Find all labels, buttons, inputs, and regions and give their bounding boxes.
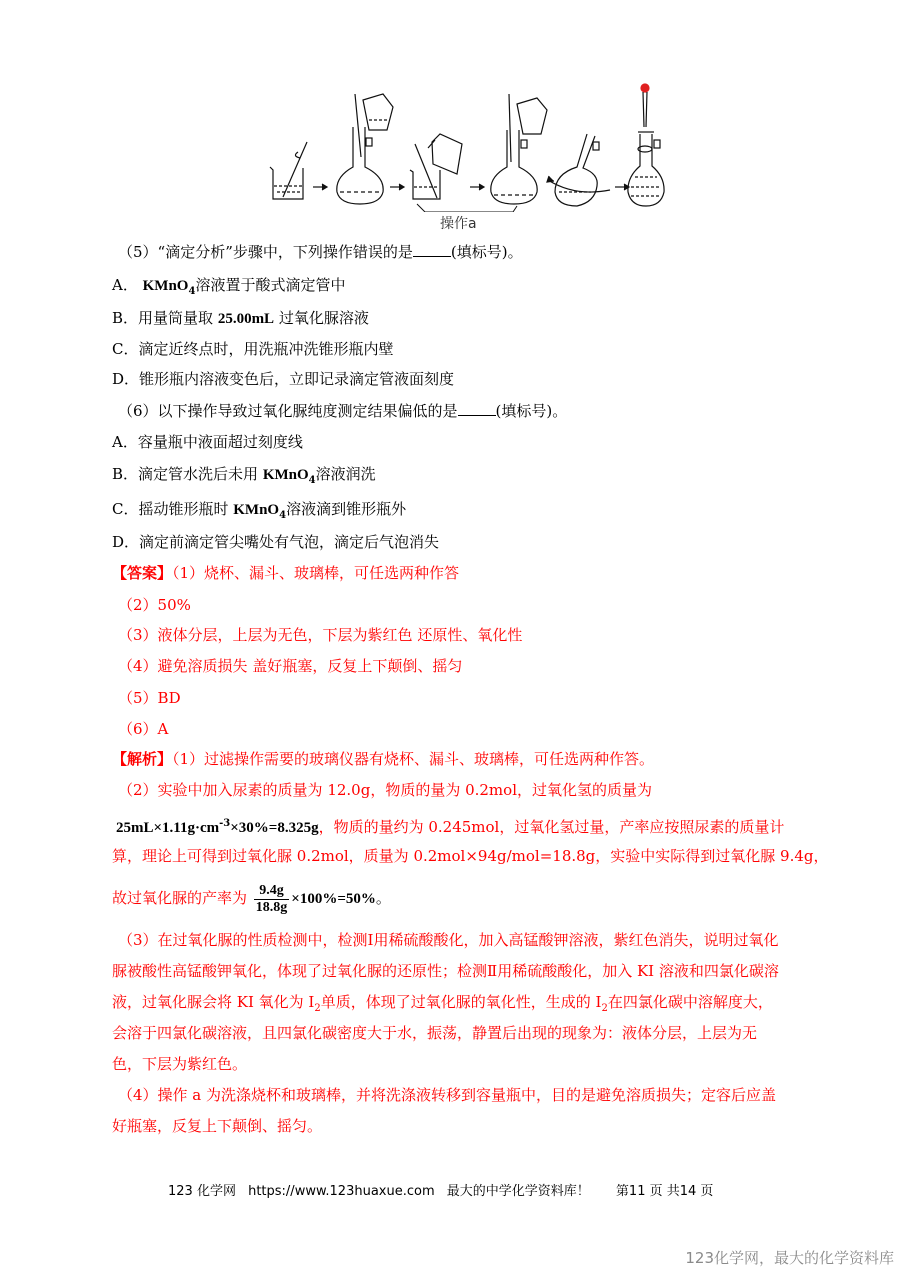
answer-line-6: （6）A: [118, 719, 168, 739]
q6-stem: （6）以下操作导致过氧化脲纯度测定结果偏低的是(填标号)。: [118, 401, 567, 421]
q6-option-a: A．容量瓶中液面超过刻度线: [112, 432, 303, 452]
analysis-heading: 【解析】: [112, 750, 172, 768]
answer-line-3: （3）液体分层，上层为无色，下层为紫红色 还原性、氧化性: [118, 625, 522, 645]
volumetric-flask-icon: [628, 132, 664, 206]
shaking-flask-icon: [547, 134, 610, 206]
footer-url[interactable]: https://www.123huaxue.com: [248, 1184, 435, 1199]
watermark: 123化学网，最大的化学资料库: [685, 1247, 894, 1268]
analysis-p2-line-2: 25mL×1.11g·cm-3×30%=8.325g，物质的量约为 0.245m…: [116, 814, 784, 838]
analysis-p2-line-4: 故过氧化脲的产率为 9.4g18.8g×100%=50%。: [112, 880, 391, 917]
analysis-p3-line-3: 液，过氧化脲会将 KI 氧化为 I2单质，体现了过氧化脲的氧化性，生成的 I2在…: [112, 992, 773, 1019]
fraction: 9.4g18.8g: [254, 883, 290, 916]
analysis-p3-line-5: 色，下层为紫红色。: [112, 1054, 247, 1074]
answer-blank: [413, 242, 451, 257]
footer-site: 123 化学网: [168, 1184, 236, 1199]
volumetric-flask-icon: [337, 94, 393, 204]
analysis-p4-line-2: 好瓶塞，反复上下颠倒、摇匀。: [112, 1116, 322, 1136]
dropper-icon: [641, 84, 649, 127]
figure-label: 操作a: [440, 213, 477, 233]
page-footer: 123 化学网 https://www.123huaxue.com 最大的中学化…: [168, 1180, 721, 1199]
volumetric-flask-icon: [491, 94, 547, 204]
analysis-p3-line-1: （3）在过氧化脲的性质检测中，检测Ⅰ用稀硫酸酸化，加入高锰酸钾溶液，紫红色消失，…: [118, 930, 778, 950]
q5-option-b: B．用量筒量取 25.00mL 过氧化脲溶液: [112, 308, 369, 329]
procedure-diagram: [265, 82, 677, 212]
page-number: 第11 页 共14 页: [616, 1184, 713, 1199]
q5-option-c: C．滴定近终点时，用洗瓶冲洗锥形瓶内壁: [112, 339, 394, 359]
analysis-p2-line-1: （2）实验中加入尿素的质量为 12.0g，物质的量为 0.2mol，过氧化氢的质…: [118, 780, 652, 800]
formula: 25mL×1.11g·cm: [116, 820, 219, 836]
q5-option-a: A． KMnO4溶液置于酸式滴定管中: [112, 275, 345, 302]
answer-line-2: （2）50%: [118, 595, 191, 615]
q6-option-b: B．滴定管水洗后未用 KMnO4溶液润洗: [112, 464, 376, 491]
q5-stem: （5）“滴定分析”步骤中，下列操作错误的是(填标号)。: [118, 242, 523, 262]
q5-option-d: D．锥形瓶内溶液变色后，立即记录滴定管液面刻度: [112, 369, 454, 389]
answer-heading: 【答案】: [112, 564, 172, 582]
analysis-p3-line-2: 脲被酸性高锰酸钾氧化，体现了过氧化脲的还原性；检测Ⅱ用稀硫酸酸化，加入 KI 溶…: [112, 961, 779, 981]
beaker-icon: [270, 142, 307, 199]
answer-line-5: （5）BD: [118, 688, 181, 708]
analysis-line-1: 【解析】（1）过滤操作需要的玻璃仪器有烧杯、漏斗、玻璃棒，可任选两种作答。: [112, 749, 654, 769]
footer-slogan: 最大的中学化学资料库！: [447, 1184, 590, 1199]
analysis-p4-line-1: （4）操作 a 为洗涤烧杯和玻璃棒，并将洗涤液转移到容量瓶中，目的是避免溶质损失…: [118, 1085, 776, 1105]
analysis-p3-line-4: 会溶于四氯化碳溶液，且四氯化碳密度大于水，振荡，静置后出现的现象为：液体分层，上…: [112, 1023, 757, 1043]
q6-option-d: D．滴定前滴定管尖嘴处有气泡，滴定后气泡消失: [112, 532, 439, 552]
wash-bottle-icon: [410, 134, 462, 199]
answer-line-4: （4）避免溶质损失 盖好瓶塞，反复上下颠倒、摇匀: [118, 656, 462, 676]
analysis-p2-line-3: 算，理论上可得到过氧化脲 0.2mol，质量为 0.2mol×94g/mol=1…: [112, 846, 829, 866]
answer-blank: [458, 401, 496, 416]
answer-line-1: 【答案】（1）烧杯、漏斗、玻璃棒，可任选两种作答: [112, 563, 459, 583]
q6-option-c: C．摇动锥形瓶时 KMnO4溶液滴到锥形瓶外: [112, 499, 406, 526]
